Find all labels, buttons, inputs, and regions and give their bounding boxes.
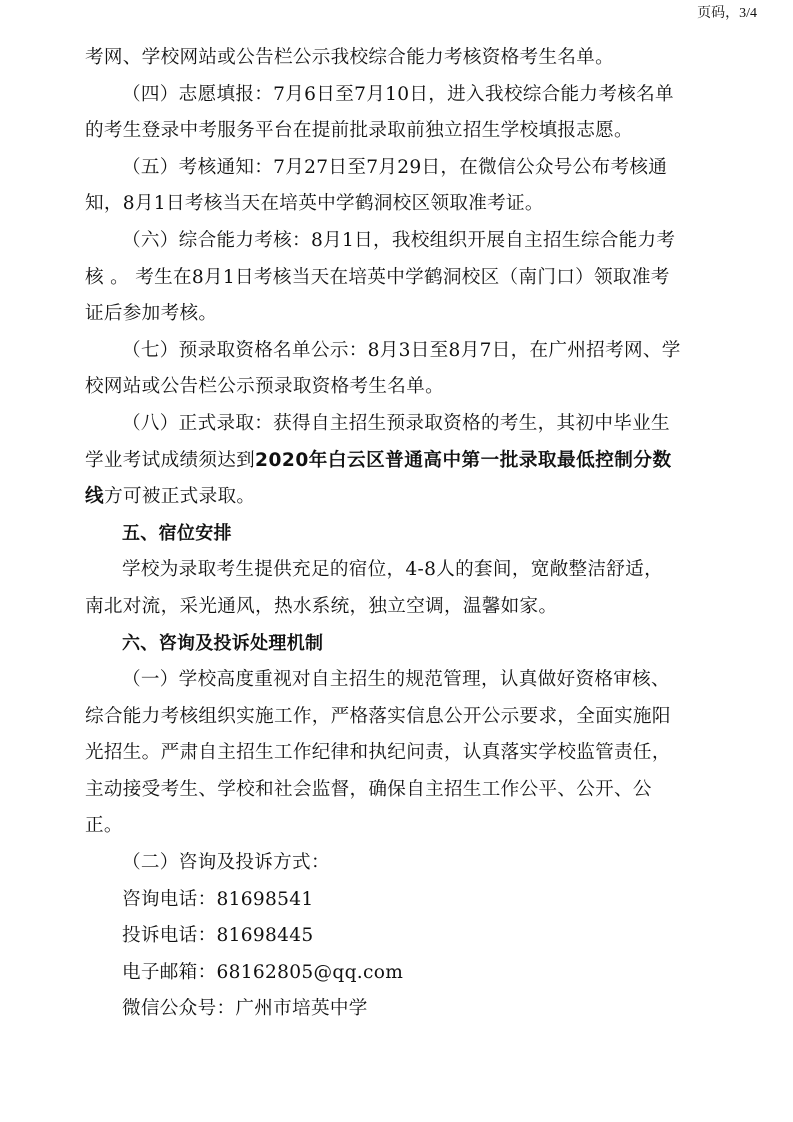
text-segment: 方可被正式录取。: [104, 486, 255, 507]
text-line: （六）综合能力考核：8月1日，我校组织开展自主招生综合能力考: [85, 223, 713, 260]
bold-score-requirement: 2020年白云区普通高中第一批录取最低控制分数: [255, 450, 672, 471]
text-line: 南北对流，采光通风，热水系统，独立空调，温馨如家。: [85, 589, 713, 626]
text-line: 综合能力考核组织实施工作，严格落实信息公开公示要求，全面实施阳: [85, 699, 713, 736]
paragraph-dormitory: 学校为录取考生提供充足的宿位，4-8人的套间，宽敞整洁舒适， 南北对流，采光通风…: [85, 552, 713, 625]
text-line: 核 。 考生在8月1日考核当天在培英中学鹤洞校区（南门口）领取准考: [85, 260, 713, 297]
page-number: 页码，3/4: [697, 2, 757, 22]
paragraph-exam-notice: （五）考核通知：7月27日至7月29日，在微信公众号公布考核通 知，8月1日考核…: [85, 150, 713, 223]
email-address: 电子邮箱：68162805@qq.com: [85, 955, 713, 992]
text-segment: 学业考试成绩须达到: [85, 450, 255, 471]
paragraph-pre-admission-list: （七）预录取资格名单公示：8月3日至8月7日，在广州招考网、学 校网站或公告栏公…: [85, 333, 713, 406]
text-line: 线方可被正式录取。: [85, 479, 713, 516]
wechat-account: 微信公众号：广州市培英中学: [85, 991, 713, 1028]
section-heading-complaints: 六、咨询及投诉处理机制: [85, 626, 713, 663]
text-line: 证后参加考核。: [85, 296, 713, 333]
text-line: 学业考试成绩须达到2020年白云区普通高中第一批录取最低控制分数: [85, 443, 713, 480]
complaint-phone: 投诉电话：81698445: [85, 918, 713, 955]
paragraph-volunteer-filling: （四）志愿填报：7月6日至7月10日，进入我校综合能力考核名单 的考生登录中考服…: [85, 77, 713, 150]
text-line: （一）学校高度重视对自主招生的规范管理，认真做好资格审核、: [85, 662, 713, 699]
document-body: 考网、学校网站或公告栏公示我校综合能力考核资格考生名单。 （四）志愿填报：7月6…: [85, 40, 713, 1028]
text-line: 知，8月1日考核当天在培英中学鹤洞校区领取准考证。: [85, 186, 713, 223]
text-line: 学校为录取考生提供充足的宿位，4-8人的套间，宽敞整洁舒适，: [85, 552, 713, 589]
text-line: （五）考核通知：7月27日至7月29日，在微信公众号公布考核通: [85, 150, 713, 187]
text-line: 光招生。严肃自主招生工作纪律和执纪问责，认真落实学校监管责任，: [85, 735, 713, 772]
text-line: 正。: [85, 808, 713, 845]
paragraph-continuation: 考网、学校网站或公告栏公示我校综合能力考核资格考生名单。: [85, 40, 713, 77]
text-line: 的考生登录中考服务平台在提前批录取前独立招生学校填报志愿。: [85, 113, 713, 150]
consult-phone: 咨询电话：81698541: [85, 882, 713, 919]
paragraph-contact-methods-title: （二）咨询及投诉方式：: [85, 845, 713, 882]
paragraph-supervision: （一）学校高度重视对自主招生的规范管理，认真做好资格审核、 综合能力考核组织实施…: [85, 662, 713, 845]
bold-score-requirement-end: 线: [85, 486, 104, 507]
text-line: 考网、学校网站或公告栏公示我校综合能力考核资格考生名单。: [85, 40, 713, 77]
paragraph-ability-assessment: （六）综合能力考核：8月1日，我校组织开展自主招生综合能力考 核 。 考生在8月…: [85, 223, 713, 333]
text-line: （八）正式录取：获得自主招生预录取资格的考生，其初中毕业生: [85, 406, 713, 443]
text-line: 校网站或公告栏公示预录取资格考生名单。: [85, 369, 713, 406]
text-line: （四）志愿填报：7月6日至7月10日，进入我校综合能力考核名单: [85, 77, 713, 114]
text-line: （七）预录取资格名单公示：8月3日至8月7日，在广州招考网、学: [85, 333, 713, 370]
section-heading-dormitory: 五、宿位安排: [85, 516, 713, 553]
paragraph-formal-admission: （八）正式录取：获得自主招生预录取资格的考生，其初中毕业生 学业考试成绩须达到2…: [85, 406, 713, 516]
text-line: 主动接受考生、学校和社会监督，确保自主招生工作公平、公开、公: [85, 772, 713, 809]
